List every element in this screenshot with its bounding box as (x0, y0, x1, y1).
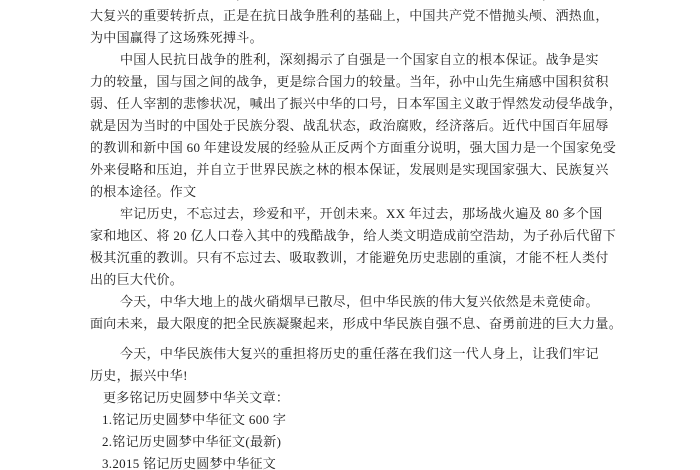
text-line: 更多铭记历史圆梦中华关文章： (90, 387, 620, 409)
related-article-link[interactable]: 3.2015 铭记历史圆梦中华征文 (90, 453, 620, 470)
text-line: 的根本途径。作文 (90, 181, 620, 203)
related-article-link[interactable]: 1.铭记历史圆梦中华征文 600 字 (90, 409, 620, 431)
text-line: 家和地区、将 20 亿人口卷入其中的残酷战争，给人类文明造成前空浩劫，为子孙后代… (90, 225, 620, 247)
text-line: 的教训和新中国 60 年建设发展的经验从正反两个方面重分说明，强大国力是一个国家… (90, 137, 620, 159)
article-content: 中国人民抗日战争的胜利，是近代以来中国反抗外敌入侵第一次取得完全胜利，是中华民族… (90, 0, 620, 470)
article-body: 大复兴的重要转折点，正是在抗日战争胜利的基础上，中国共产党不惜抛头颅、洒热血，为… (90, 5, 620, 470)
paragraph-spacer (90, 335, 620, 343)
article-page: 中国人民抗日战争的胜利，是近代以来中国反抗外敌入侵第一次取得完全胜利，是中华民族… (0, 0, 700, 470)
text-line: 牢记历史，不忘过去，珍爱和平，开创未来。XX 年过去，那场战火遍及 80 多个国 (90, 203, 620, 225)
text-line: 弱、任人宰割的悲惨状况，喊出了振兴中华的口号，日本军国主义敢于悍然发动侵华战争， (90, 93, 620, 115)
text-line: 今天，中华民族伟大复兴的重担将历史的重任落在我们这一代人身上，让我们牢记 (90, 343, 620, 365)
text-line: 就是因为当时的中国处于民族分裂、战乱状态，政治腐败，经济落后。近代中国百年屈辱 (90, 115, 620, 137)
text-line: 大复兴的重要转折点，正是在抗日战争胜利的基础上，中国共产党不惜抛头颅、洒热血， (90, 5, 620, 27)
text-line: 外来侵略和压迫，并自立于世界民族之林的根本保证，发展则是实现国家强大、民族复兴 (90, 159, 620, 181)
text-line: 极其沉重的教训。只有不忘过去、吸取教训，才能避免历史悲剧的重演，才能不枉人类付 (90, 247, 620, 269)
text-line: 面向未来，最大限度的把全民族凝聚起来，形成中华民族自强不息、奋勇前进的巨大力量。 (90, 313, 620, 335)
related-article-link[interactable]: 2.铭记历史圆梦中华征文(最新) (90, 431, 620, 453)
text-line: 中国人民抗日战争的胜利，深刻揭示了自强是一个国家自立的根本保证。战争是实 (90, 49, 620, 71)
text-line: 为中国赢得了这场殊死搏斗。 (90, 27, 620, 49)
text-line: 力的较量，国与国之间的战争，更是综合国力的较量。当年，孙中山先生痛感中国积贫积 (90, 71, 620, 93)
text-line: 今天，中华大地上的战火硝烟早已散尽，但中华民族的伟大复兴依然是未竟使命。 (90, 291, 620, 313)
text-line: 历史，振兴中华! (90, 365, 620, 387)
text-line: 出的巨大代价。 (90, 269, 620, 291)
